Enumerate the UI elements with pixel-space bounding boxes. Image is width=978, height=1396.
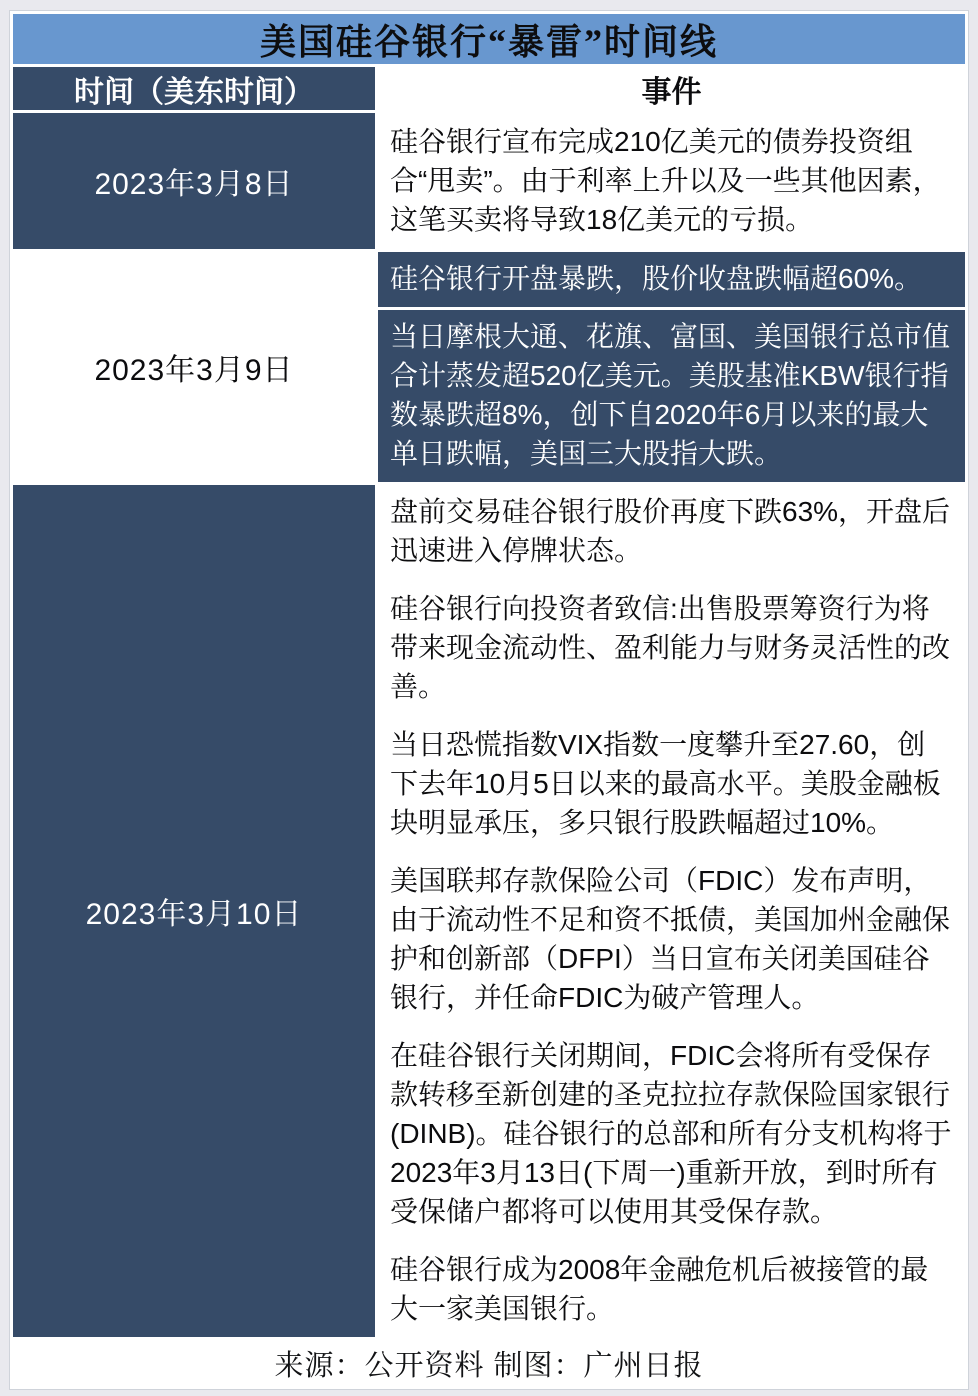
event-text: 美国联邦存款保险公司（FDIC）发布声明，由于流动性不足和资不抵债，美国加州金融…: [390, 861, 953, 1017]
table-row: 2023年3月9日 硅谷银行开盘暴跌，股价收盘跌幅超60%。 当日摩根大通、花旗…: [13, 252, 965, 482]
event-cell: 在硅谷银行关闭期间，FDIC会将所有受保存款转移至新创建的圣克拉拉存款保险国家银…: [378, 1029, 965, 1240]
date-cell: 2023年3月8日: [13, 113, 375, 249]
page-title: 美国硅谷银行“暴雷”时间线: [260, 14, 718, 65]
date-cell: 2023年3月10日: [13, 485, 375, 1337]
source-credit: 来源：公开资料 制图：广州日报: [274, 1343, 703, 1384]
event-text: 硅谷银行成为2008年金融危机后被接管的最大一家美国银行。: [390, 1250, 953, 1328]
column-header-event-label: 事件: [642, 67, 702, 111]
event-text: 硅谷银行开盘暴跌，股价收盘跌幅超60%。: [390, 259, 922, 298]
timeline-table: 美国硅谷银行“暴雷”时间线 时间（美东时间） 事件 2023年3月8日 硅谷银行…: [9, 10, 969, 1390]
event-cell: 硅谷银行宣布完成210亿美元的债券投资组合“甩卖”。由于利率上升以及一些其他因素…: [378, 113, 965, 249]
event-text: 当日恐慌指数VIX指数一度攀升至27.60，创下去年10月5日以来的最高水平。美…: [390, 725, 953, 842]
table-row: 2023年3月8日 硅谷银行宣布完成210亿美元的债券投资组合“甩卖”。由于利率…: [13, 113, 965, 249]
event-cell: 美国联邦存款保险公司（FDIC）发布声明，由于流动性不足和资不抵债，美国加州金融…: [378, 854, 965, 1026]
event-text: 硅谷银行向投资者致信:出售股票筹资行为将带来现金流动性、盈利能力与财务灵活性的改…: [390, 589, 953, 706]
event-cell: 硅谷银行向投资者致信:出售股票筹资行为将带来现金流动性、盈利能力与财务灵活性的改…: [378, 582, 965, 715]
date-text: 2023年3月10日: [86, 889, 303, 933]
event-text: 盘前交易硅谷银行股价再度下跌63%，开盘后迅速进入停牌状态。: [390, 492, 953, 570]
header-row: 时间（美东时间） 事件: [13, 67, 965, 110]
footer: 来源：公开资料 制图：广州日报: [13, 1340, 965, 1386]
event-text: 硅谷银行宣布完成210亿美元的债券投资组合“甩卖”。由于利率上升以及一些其他因素…: [390, 122, 953, 239]
title-bar: 美国硅谷银行“暴雷”时间线: [13, 14, 965, 64]
event-cell: 硅谷银行成为2008年金融危机后被接管的最大一家美国银行。: [378, 1243, 965, 1337]
event-cell: 当日恐慌指数VIX指数一度攀升至27.60，创下去年10月5日以来的最高水平。美…: [378, 718, 965, 851]
column-header-time: 时间（美东时间）: [13, 67, 375, 110]
event-cell: 盘前交易硅谷银行股价再度下跌63%，开盘后迅速进入停牌状态。: [378, 485, 965, 579]
event-cell: 当日摩根大通、花旗、富国、美国银行总市值合计蒸发超520亿美元。美股基准KBW银…: [378, 310, 965, 482]
event-cell: 硅谷银行开盘暴跌，股价收盘跌幅超60%。: [378, 252, 965, 307]
date-cell: 2023年3月9日: [13, 252, 375, 482]
date-text: 2023年3月9日: [94, 345, 293, 389]
event-text: 在硅谷银行关闭期间，FDIC会将所有受保存款转移至新创建的圣克拉拉存款保险国家银…: [390, 1036, 953, 1231]
date-text: 2023年3月8日: [94, 159, 293, 203]
column-header-time-label: 时间（美东时间）: [74, 67, 314, 111]
column-header-event: 事件: [378, 67, 965, 110]
event-text: 当日摩根大通、花旗、富国、美国银行总市值合计蒸发超520亿美元。美股基准KBW银…: [390, 317, 953, 473]
table-row: 2023年3月10日 盘前交易硅谷银行股价再度下跌63%，开盘后迅速进入停牌状态…: [13, 485, 965, 1337]
